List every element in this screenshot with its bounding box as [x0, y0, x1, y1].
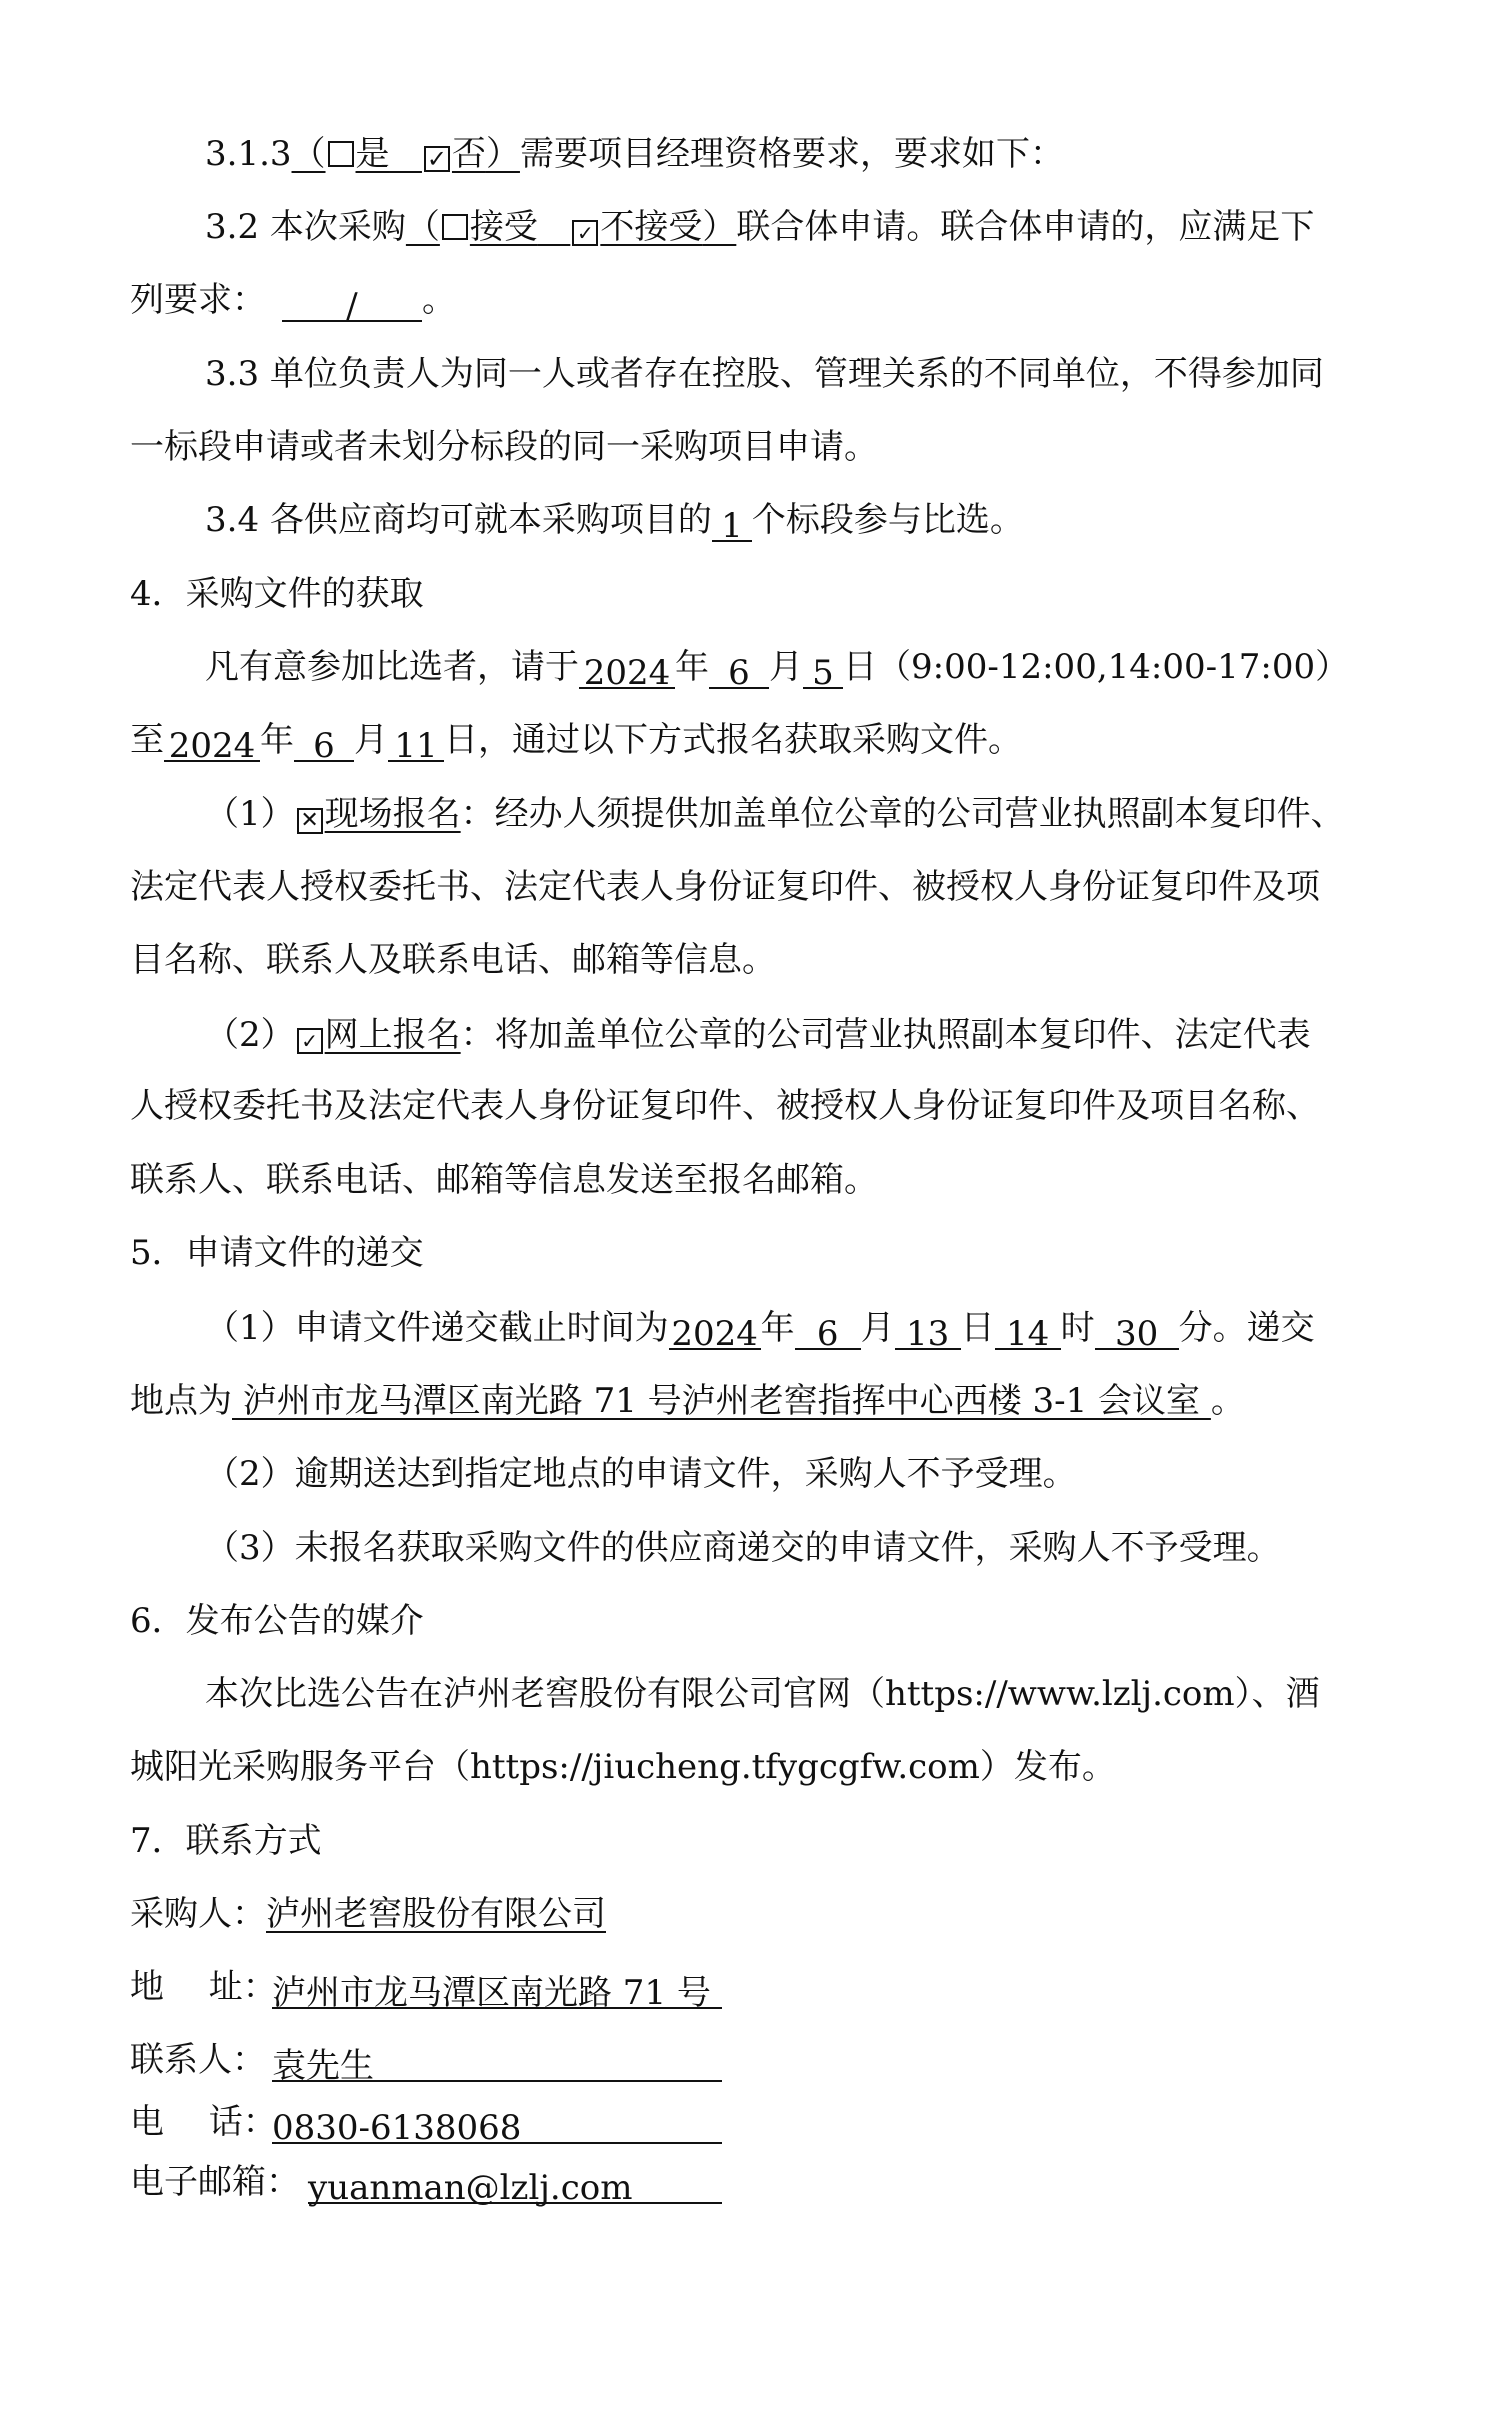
- deadline-hour: 14: [995, 1312, 1061, 1350]
- checkbox-checked-icon: ✓: [297, 1028, 323, 1054]
- unit-year: 年: [260, 720, 294, 760]
- checkbox-checked-icon: ✓: [424, 146, 450, 172]
- unit-day: 日: [843, 647, 877, 687]
- clause-text: 3.4 各供应商均可就本采购项目的: [205, 500, 712, 540]
- text: （1）申请文件递交截止时间为: [205, 1308, 669, 1348]
- sec4-option2-line3: 联系人、联系电话、邮箱等信息发送至报名邮箱。: [130, 1158, 878, 1202]
- sec4-para1-line1: 凡有意参加比选者，请于2024年6月5日（9:00-12:00,14:00-17…: [205, 645, 1349, 689]
- clause-number: 3.1.3: [205, 134, 292, 174]
- sec4-option1-line2: 法定代表人授权委托书、法定代表人身份证复印件、被授权人身份证复印件及项: [130, 865, 1320, 909]
- unit-month: 月: [354, 720, 388, 760]
- clause-3-4: 3.4 各供应商均可就本采购项目的1个标段参与比选。: [205, 498, 1024, 542]
- section-6-heading: 6．发布公告的媒介: [130, 1599, 424, 1643]
- text-end: 日，通过以下方式报名获取采购文件。: [444, 720, 1022, 760]
- submission-location: 泸州市龙马潭区南光路 71 号泸州老窖指挥中心西楼 3-1 会议室: [232, 1381, 1211, 1421]
- contact-phone: 电 话：0830-6138068: [130, 2100, 722, 2144]
- paren-open: （: [292, 134, 326, 174]
- text: 至: [130, 720, 164, 760]
- section-7-heading: 7．联系方式: [130, 1819, 322, 1863]
- start-month: 6: [709, 651, 769, 689]
- clause-3-3-line1: 3.3 单位负责人为同一人或者存在控股、管理关系的不同单位，不得参加同: [205, 352, 1324, 396]
- unit-year: 年: [675, 647, 709, 687]
- contact-value: 袁先生: [272, 2044, 722, 2082]
- contact-address: 地 址：泸州市龙马潭区南光路 71 号: [130, 1965, 722, 2009]
- sec4-option2-line1: （2）✓网上报名：将加盖单位公章的公司营业执照副本复印件、法定代表: [205, 1013, 1311, 1057]
- purchaser-label: 采购人：: [130, 1894, 266, 1934]
- period: 。: [422, 280, 456, 320]
- unit-hour: 时: [1061, 1308, 1095, 1348]
- unit-month: 月: [861, 1308, 895, 1348]
- email-label: 电子邮箱：: [130, 2160, 308, 2204]
- checkbox-crossed-icon: ✕: [297, 808, 323, 834]
- start-year: 2024: [579, 651, 675, 689]
- sec5-para1-line1: （1）申请文件递交截止时间为2024年6月13日14时30分。递交: [205, 1306, 1315, 1350]
- phone-label: 电 话：: [130, 2100, 272, 2144]
- option-no: 否: [452, 134, 486, 174]
- sec4-option1-line1: （1）✕现场报名：经办人须提供加盖单位公章的公司营业执照副本复印件、: [205, 792, 1345, 836]
- start-day: 5: [803, 651, 843, 689]
- sec4-para1-line2: 至2024年6月11日，通过以下方式报名获取采购文件。: [130, 718, 1022, 762]
- section-5-heading: 5．申请文件的递交: [130, 1231, 424, 1275]
- checkbox-unchecked-icon: [328, 141, 354, 167]
- deadline-minute: 30: [1095, 1312, 1179, 1350]
- text-end: 分。递交: [1179, 1308, 1315, 1348]
- phone-value: 0830-6138068: [272, 2106, 722, 2144]
- sec6-line2: 城阳光采购服务平台（https://jiucheng.tfygcgfw.com）…: [130, 1745, 1116, 1789]
- contact-label: 联系人：: [130, 2038, 272, 2082]
- unit-year: 年: [761, 1308, 795, 1348]
- option-number: （1）: [205, 794, 295, 834]
- end-month: 6: [294, 724, 354, 762]
- option-group: （接受 ✓不接受）: [406, 207, 736, 247]
- onsite-registration-label: ✕现场报名: [295, 794, 461, 834]
- purchaser-value: 泸州老窖股份有限公司: [266, 1894, 606, 1934]
- deadline-year: 2024: [669, 1312, 761, 1350]
- clause-text: 需要项目经理资格要求，要求如下：: [520, 134, 1064, 174]
- text: ：将加盖单位公章的公司营业执照副本复印件、法定代表: [461, 1015, 1311, 1055]
- contact-purchaser: 采购人：泸州老窖股份有限公司: [130, 1892, 606, 1936]
- sec6-line1: 本次比选公告在泸州老窖股份有限公司官网（https://www.lzlj.com…: [205, 1672, 1320, 1716]
- business-hours: （9:00-12:00,14:00-17:00）: [877, 647, 1349, 687]
- requirements-label: 列要求：: [130, 280, 266, 320]
- deadline-month: 6: [795, 1312, 861, 1350]
- unit-month: 月: [769, 647, 803, 687]
- clause-text: 联合体申请。联合体申请的，应满足下: [736, 207, 1314, 247]
- online-registration-label: ✓网上报名: [295, 1015, 461, 1055]
- clause-number: 3.2 本次采购: [205, 207, 406, 247]
- option-group: （是 ✓否）: [292, 134, 520, 174]
- lot-count: 1: [712, 504, 752, 542]
- checkbox-unchecked-icon: [442, 214, 468, 240]
- paren-open: （: [406, 207, 440, 247]
- unit-day: 日: [961, 1308, 995, 1348]
- sec5-para3: （3）未报名获取采购文件的供应商递交的申请文件，采购人不予受理。: [205, 1526, 1281, 1570]
- text: ：经办人须提供加盖单位公章的公司营业执照副本复印件、: [461, 794, 1345, 834]
- clause-3-1-3: 3.1.3（是 ✓否）需要项目经理资格要求，要求如下：: [205, 132, 1064, 176]
- clause-text-end: 个标段参与比选。: [752, 500, 1024, 540]
- address-value: 泸州市龙马潭区南光路 71 号: [272, 1971, 722, 2009]
- label-text: 现场报名: [325, 794, 461, 834]
- text: 地点为: [130, 1381, 232, 1421]
- paren-close: ）: [486, 134, 520, 174]
- contact-email: 电子邮箱：yuanman@lzlj.com: [130, 2160, 722, 2204]
- sec5-para2: （2）逾期送达到指定地点的申请文件，采购人不予受理。: [205, 1452, 1077, 1496]
- sec4-option1-line3: 目名称、联系人及联系电话、邮箱等信息。: [130, 938, 776, 982]
- contact-person: 联系人：袁先生: [130, 2038, 722, 2082]
- clause-3-2-line2: 列要求：/。: [130, 278, 456, 322]
- sec4-option2-line2: 人授权委托书及法定代表人身份证复印件、被授权人身份证复印件及项目名称、: [130, 1084, 1320, 1128]
- option-yes: 是: [356, 134, 390, 174]
- option-reject: 不接受: [600, 207, 702, 247]
- end-year: 2024: [164, 724, 260, 762]
- end-day: 11: [388, 724, 444, 762]
- address-label: 地 址：: [130, 1965, 272, 2009]
- sec5-para1-line2: 地点为 泸州市龙马潭区南光路 71 号泸州老窖指挥中心西楼 3-1 会议室 。: [130, 1379, 1245, 1423]
- label-text: 网上报名: [325, 1015, 461, 1055]
- section-4-heading: 4．采购文件的获取: [130, 572, 424, 616]
- period: 。: [1211, 1381, 1245, 1421]
- email-link[interactable]: yuanman@lzlj.com: [308, 2166, 722, 2204]
- deadline-day: 13: [895, 1312, 961, 1350]
- option-number: （2）: [205, 1015, 295, 1055]
- clause-3-3-line2: 一标段申请或者未划分标段的同一采购项目申请。: [130, 425, 878, 469]
- text: 凡有意参加比选者，请于: [205, 647, 579, 687]
- option-accept: 接受: [470, 207, 538, 247]
- checkbox-checked-icon: ✓: [572, 220, 598, 246]
- paren-close: ）: [702, 207, 736, 247]
- clause-3-2: 3.2 本次采购（接受 ✓不接受）联合体申请。联合体申请的，应满足下: [205, 205, 1314, 249]
- requirements-blank: /: [282, 284, 422, 322]
